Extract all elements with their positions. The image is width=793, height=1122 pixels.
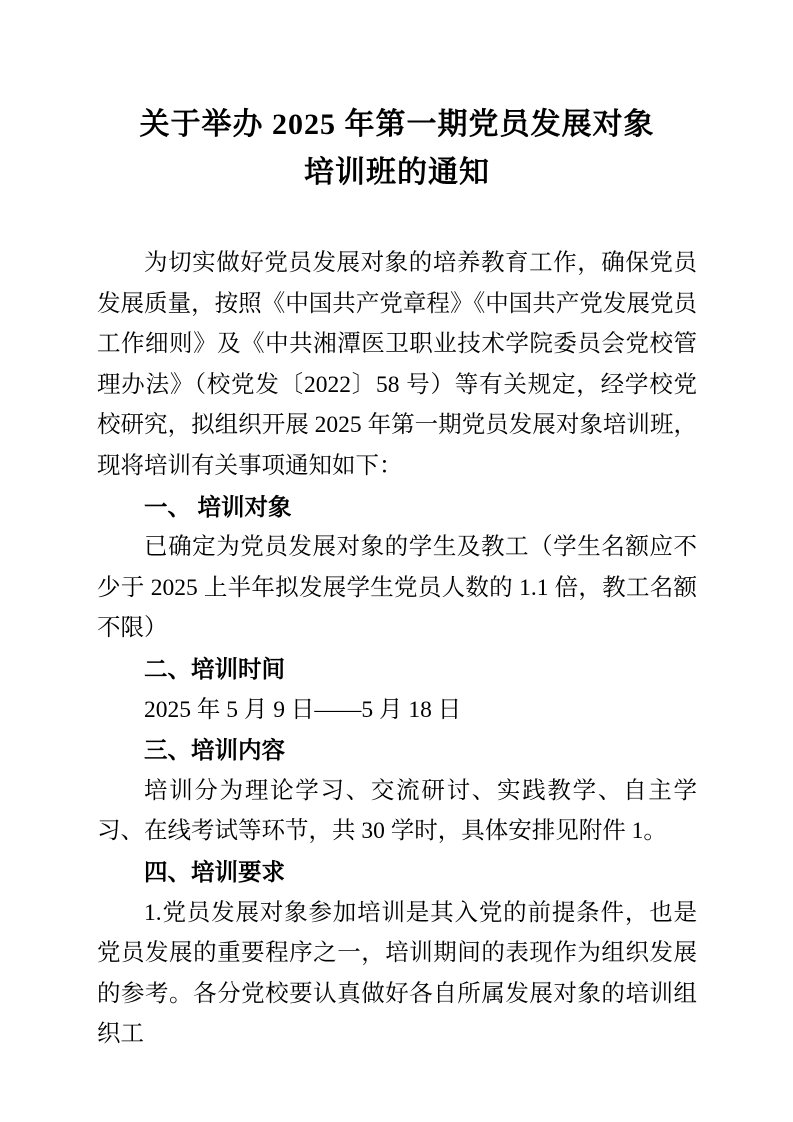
title-line-1: 关于举办 2025 年第一期党员发展对象 (97, 101, 697, 149)
document-content: 关于举办 2025 年第一期党员发展对象 培训班的通知 为切实做好党员发展对象的… (97, 101, 697, 1055)
section-heading-training-requirements: 四、培训要求 (97, 852, 697, 893)
document-page: 关于举办 2025 年第一期党员发展对象 培训班的通知 为切实做好党员发展对象的… (0, 0, 793, 1122)
paragraph-requirement-1: 1.党员发展对象参加培训是其入党的前提条件，也是党员发展的重要程序之一，培训期间… (97, 893, 697, 1055)
document-title: 关于举办 2025 年第一期党员发展对象 培训班的通知 (97, 101, 697, 197)
section-heading-training-time: 二、培训时间 (97, 649, 697, 690)
section-heading-training-content: 三、培训内容 (97, 730, 697, 771)
title-line-2: 培训班的通知 (97, 149, 697, 197)
paragraph-intro: 为切实做好党员发展对象的培养教育工作，确保党员发展质量，按照《中国共产党章程》《… (97, 243, 697, 487)
paragraph-training-time: 2025 年 5 月 9 日——5 月 18 日 (97, 690, 697, 731)
paragraph-training-content: 培训分为理论学习、交流研讨、实践教学、自主学习、在线考试等环节，共 30 学时，… (97, 771, 697, 852)
section-heading-training-target: 一、 培训对象 (97, 487, 697, 528)
paragraph-training-target: 已确定为党员发展对象的学生及教工（学生名额应不少于 2025 上半年拟发展学生党… (97, 527, 697, 649)
